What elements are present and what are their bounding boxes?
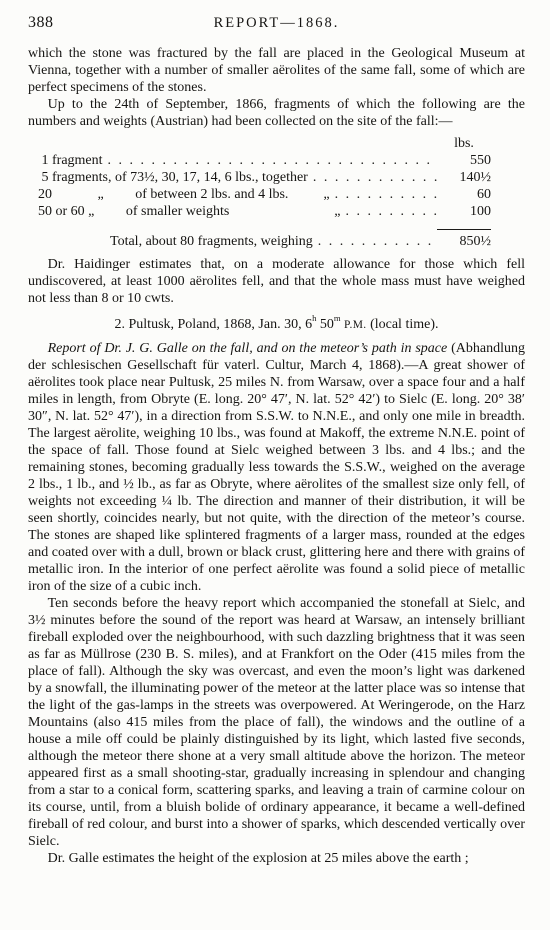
table-row-label: 20 „ of between 2 lbs. and 4 lbs. „ xyxy=(38,186,330,203)
heading-text: 50 xyxy=(316,317,334,332)
table-row-label: 5 fragments, of 73½, 30, 17, 14, 6 lbs.,… xyxy=(38,169,308,186)
table-total-row: Total, about 80 fragments, weighing 850½ xyxy=(38,229,491,250)
heading-superscript-hours: h xyxy=(312,313,316,323)
paragraph-museum-continuation: which the stone was fractured by the fal… xyxy=(28,45,525,96)
dot-leader xyxy=(103,152,437,169)
report-title-italic: Report of Dr. J. G. Galle on the fall, a… xyxy=(48,341,448,356)
table-row: 50 or 60 „ of smaller weights „ 100 xyxy=(38,203,491,220)
table-total-value: 850½ xyxy=(437,229,491,250)
table-row-label: 50 or 60 „ of smaller weights „ xyxy=(38,203,341,220)
table-row: 1 fragment 550 xyxy=(38,152,491,169)
dot-leader xyxy=(330,186,437,203)
table-row: 20 „ of between 2 lbs. and 4 lbs. „ 60 xyxy=(38,186,491,203)
table-unit-header: lbs. xyxy=(437,135,491,152)
heading-meridiem: P.M. xyxy=(341,319,367,331)
paragraph-fireball-description: Ten seconds before the heavy report whic… xyxy=(28,595,525,850)
table-row-value: 550 xyxy=(437,152,491,169)
table-row-value: 140½ xyxy=(437,169,491,186)
paragraph-haidinger-estimate: Dr. Haidinger estimates that, on a moder… xyxy=(28,256,525,307)
fragments-weight-table: lbs. 1 fragment 550 5 fragments, of 73½,… xyxy=(28,135,525,250)
dot-leader xyxy=(313,233,437,250)
section-heading-pultusk: 2. Pultusk, Poland, 1868, Jan. 30, 6h 50… xyxy=(28,316,525,334)
table-total-label: Total, about 80 fragments, weighing xyxy=(110,233,313,250)
dot-leader xyxy=(308,169,437,186)
paragraph-fragments-intro: Up to the 24th of September, 1866, fragm… xyxy=(28,96,525,130)
heading-text: (local time). xyxy=(367,317,439,332)
table-row: 5 fragments, of 73½, 30, 17, 14, 6 lbs.,… xyxy=(38,169,491,186)
table-row-value: 60 xyxy=(437,186,491,203)
page-number: 388 xyxy=(28,14,214,31)
table-row-label: 1 fragment xyxy=(38,152,103,169)
heading-superscript-minutes: m xyxy=(334,313,341,323)
running-head: 388 REPORT—1868. xyxy=(28,14,525,32)
table-unit-row: lbs. xyxy=(38,135,491,152)
paragraph-explosion-height: Dr. Galle estimates the height of the ex… xyxy=(28,850,525,867)
table-row-value: 100 xyxy=(437,203,491,220)
paragraph-galle-report: Report of Dr. J. G. Galle on the fall, a… xyxy=(28,340,525,595)
book-page: 388 REPORT—1868. which the stone was fra… xyxy=(0,0,550,930)
running-title: REPORT—1868. xyxy=(214,15,340,32)
dot-leader xyxy=(341,203,437,220)
heading-text: 2. Pultusk, Poland, 1868, Jan. 30, 6 xyxy=(115,317,313,332)
report-body: (Abhandlung der schlesischen Gesellschaf… xyxy=(28,341,525,594)
